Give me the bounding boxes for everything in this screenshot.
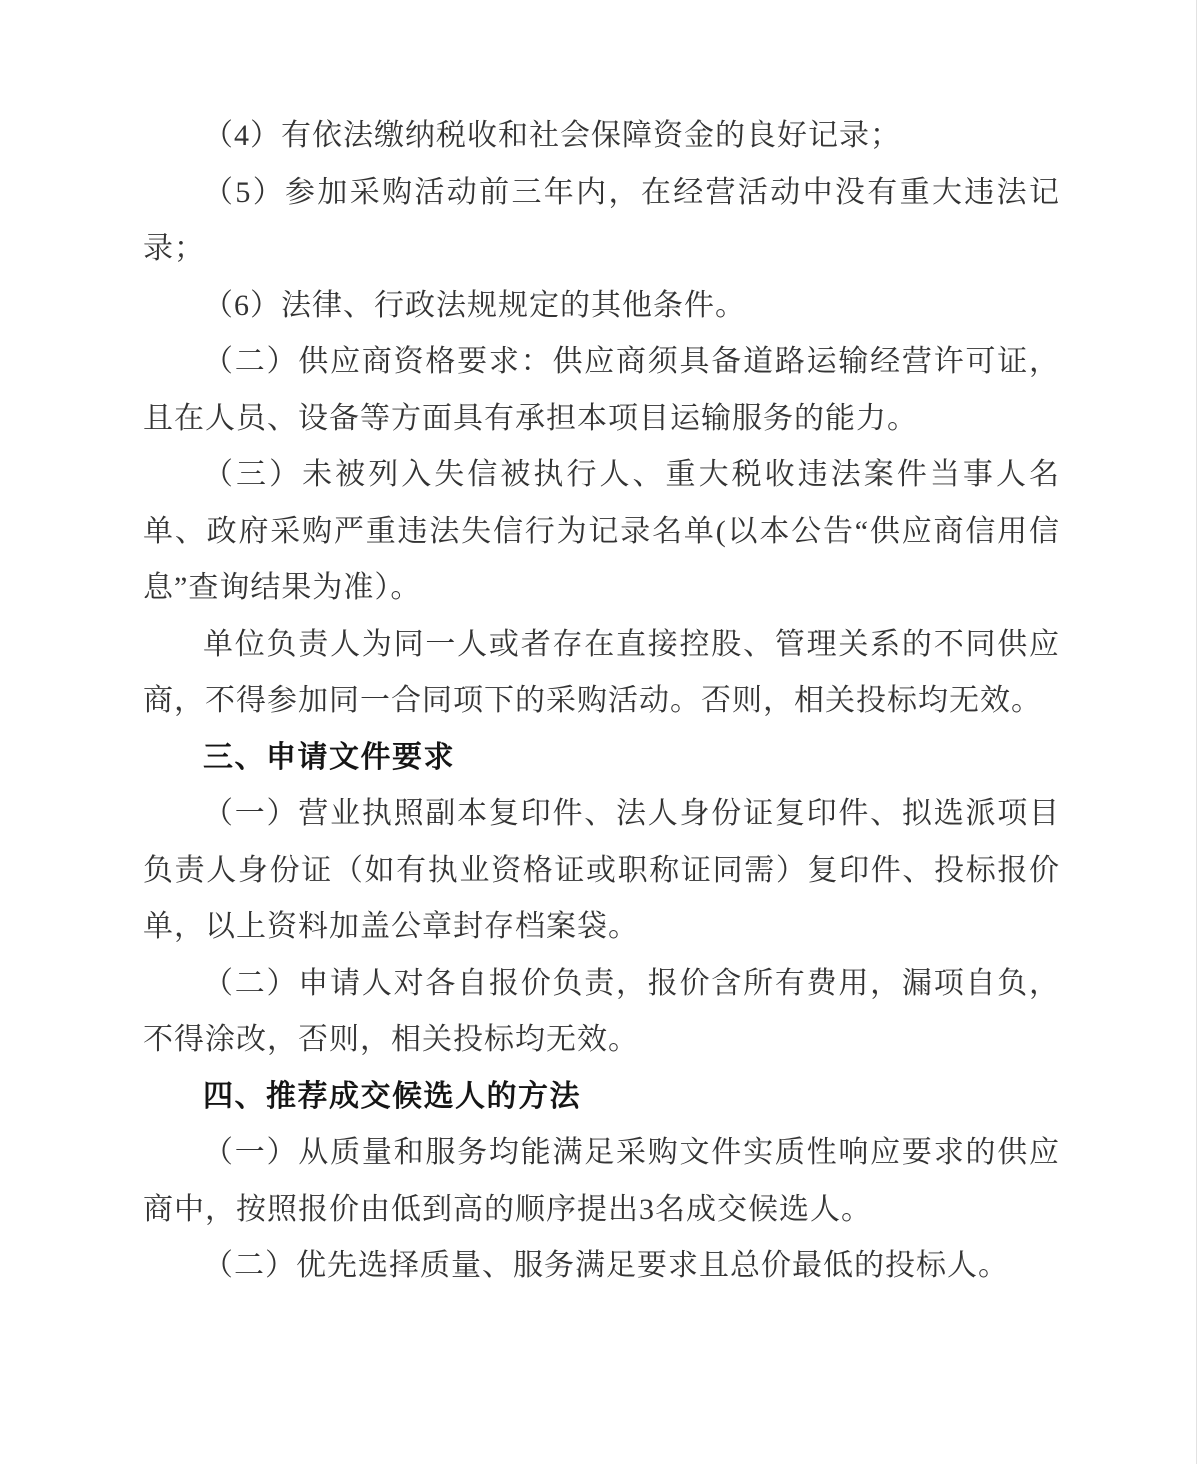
paragraph-credit-blacklist: （三）未被列入失信被执行人、重大税收违法案件当事人名单、政府采购严重违法失信行为… (143, 447, 1060, 617)
paragraph-item-4: （4）有依法缴纳税收和社会保障资金的良好记录； (143, 108, 1060, 165)
section-heading-3: 三、申请文件要求 (143, 730, 1060, 787)
paragraph-quote-responsibility: （二）申请人对各自报价负责，报价含所有费用，漏项自负，不得涂改，否则，相关投标均… (143, 956, 1060, 1069)
paragraph-candidate-selection: （一）从质量和服务均能满足采购文件实质性响应要求的供应商中，按照报价由低到高的顺… (143, 1125, 1060, 1238)
page-right-border (1196, 0, 1197, 1464)
paragraph-supplier-qualification: （二）供应商资格要求：供应商须具备道路运输经营许可证，且在人员、设备等方面具有承… (143, 334, 1060, 447)
document-text-block: （4）有依法缴纳税收和社会保障资金的良好记录； （5）参加采购活动前三年内，在经… (143, 108, 1060, 1295)
paragraph-application-docs: （一）营业执照副本复印件、法人身份证复印件、拟选派项目负责人身份证（如有执业资格… (143, 786, 1060, 956)
document-page: （4）有依法缴纳税收和社会保障资金的良好记录； （5）参加采购活动前三年内，在经… (0, 0, 1200, 1464)
paragraph-lowest-price-priority: （二）优先选择质量、服务满足要求且总价最低的投标人。 (143, 1238, 1060, 1295)
paragraph-same-controller: 单位负责人为同一人或者存在直接控股、管理关系的不同供应商，不得参加同一合同项下的… (143, 617, 1060, 730)
paragraph-item-6: （6）法律、行政法规规定的其他条件。 (143, 278, 1060, 335)
paragraph-item-5: （5）参加采购活动前三年内，在经营活动中没有重大违法记录； (143, 165, 1060, 278)
section-heading-4: 四、推荐成交候选人的方法 (143, 1069, 1060, 1126)
